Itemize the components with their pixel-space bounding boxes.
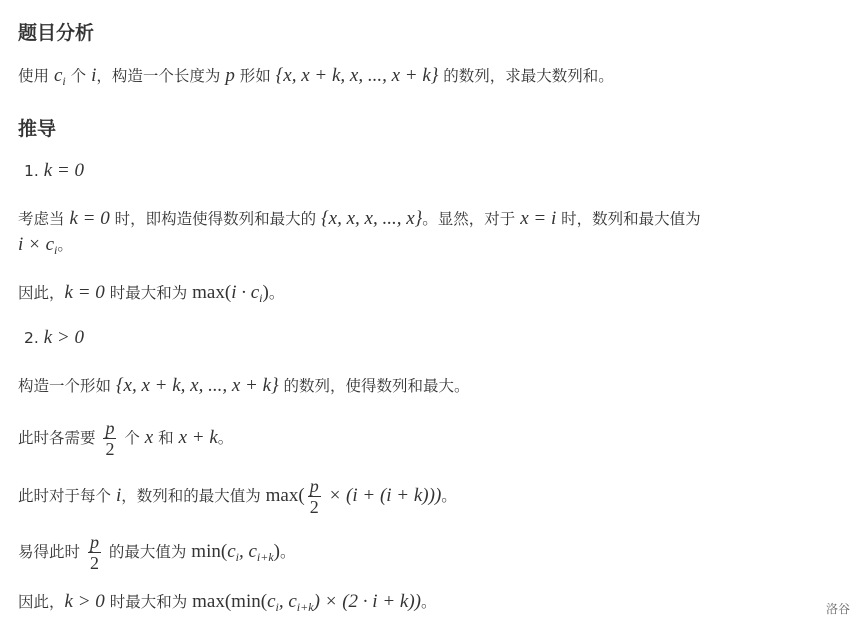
case2-paragraph-5: 因此，k > 0 时最大和为 max(min(ci, ci+k) × (2 · …: [18, 588, 437, 621]
section-title-analysis: 题目分析: [18, 18, 94, 45]
case1-paragraph-1-line2: i × ci。: [18, 231, 73, 264]
case1-paragraph-1: 考虑当 k = 0 时，即构造使得数列和最大的 {x, x, x, ..., x…: [18, 205, 701, 233]
fraction-p-over-2: p2: [88, 532, 101, 573]
list-number: 2.: [24, 329, 39, 347]
section-title-derivation: 推导: [18, 114, 56, 141]
case2-paragraph-2: 此时各需要 p2 个 x 和 x + k。: [18, 418, 233, 459]
text: ，构造一个长度为: [96, 67, 225, 85]
math-sequence: {x, x + k, x, ..., x + k}: [276, 65, 439, 86]
case2-paragraph-3: 此时对于每个 i，数列和的最大值为 max(p2 × (i + (i + k))…: [18, 476, 457, 517]
text: 使用: [18, 67, 49, 85]
case1-paragraph-2: 因此，k = 0 时最大和为 max(i · ci)。: [18, 279, 284, 312]
math-k-eq-0: k = 0: [44, 160, 84, 181]
fraction-p-over-2: p2: [103, 418, 116, 459]
luogu-watermark: 洛谷: [826, 600, 850, 617]
fraction-p-over-2: p2: [308, 476, 321, 517]
case2-paragraph-1: 构造一个形如 {x, x + k, x, ..., x + k} 的数列，使得数…: [18, 372, 470, 400]
analysis-paragraph: 使用 ci 个 i，构造一个长度为 p 形如 {x, x + k, x, ...…: [18, 62, 614, 95]
list-number: 1.: [24, 162, 39, 180]
math-k-gt-0: k > 0: [44, 327, 84, 348]
list-item-case1: 1. k = 0: [24, 160, 84, 182]
math-ci: ci: [54, 65, 66, 86]
math-p: p: [225, 65, 235, 86]
list-item-case2: 2. k > 0: [24, 327, 84, 349]
text: 形如: [235, 67, 276, 85]
text: 个: [66, 67, 91, 85]
text: 的数列，求最大数列和。: [438, 67, 613, 85]
case2-paragraph-4: 易得此时 p2 的最大值为 min(ci, ci+k)。: [18, 532, 296, 573]
